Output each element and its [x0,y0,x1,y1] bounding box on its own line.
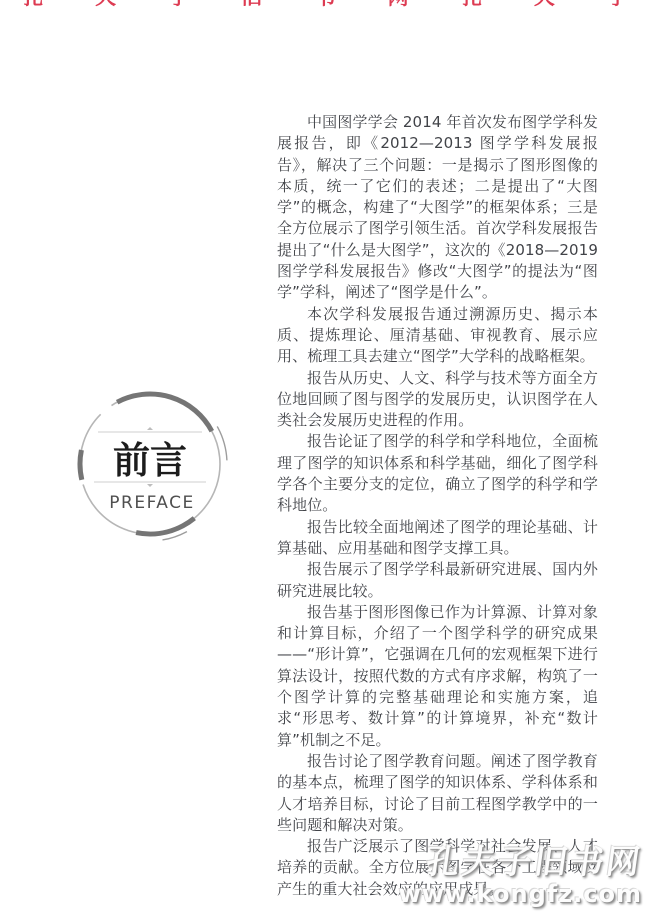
top-watermark-glyph: 书 [315,0,336,8]
top-watermark-row: 孔 夫 子 旧 书 网 孔 夫 子 [0,0,650,8]
site-watermark: 孔夫子旧书网 www.kongfz.com [399,844,642,907]
paragraph-3: 报告从历史、人文、科学与技术等方面全方位地回顾了图与图学的发展历史，认识图学在人… [277,368,598,432]
site-watermark-url: www.kongfz.com [399,881,642,907]
emblem-top-tick [147,427,153,430]
paragraph-2: 本次学科发展报告通过溯源历史、揭示本质、提炼理论、厘清基础、审视教育、展示应用、… [277,304,598,368]
paragraph-8: 报告讨论了图学教育问题。阐述了图学教育的基本点，梳理了图学的知识体系、学科体系和… [277,751,598,836]
paragraph-4: 报告论证了图学的科学和学科地位，全面梳理了图学的知识体系和科学基础，细化了图学科… [277,431,598,516]
emblem-bottom-tick [147,484,153,487]
top-watermark-glyph: 旧 [241,0,262,8]
paragraph-7: 报告基于图形图像已作为计算源、计算对象和计算目标，介绍了一个图学科学的研究成果—… [277,602,598,751]
preface-title: 前言 [113,439,187,482]
top-watermark-glyph: 子 [607,0,628,8]
top-watermark-glyph: 夫 [534,0,555,8]
top-watermark-strip: 孔 夫 子 旧 书 网 孔 夫 子 [0,0,650,11]
top-watermark-glyph: 孔 [22,0,43,8]
site-watermark-name: 孔夫子旧书网 [396,844,645,880]
preface-body-text: 中国图学学会 2014 年首次发布图学学科发展报告，即《2012—2013 图学… [277,112,598,900]
paragraph-1: 中国图学学会 2014 年首次发布图学学科发展报告，即《2012—2013 图学… [277,112,598,304]
paragraph-6: 报告展示了图学学科最新研究进展、国内外研究进展比较。 [277,559,598,602]
preface-subtitle: PREFACE [109,493,194,513]
top-watermark-glyph: 孔 [461,0,482,8]
top-watermark-glyph: 夫 [95,0,116,8]
preface-emblem-graphic: 前言 PREFACE [72,386,228,542]
top-watermark-glyph: 子 [168,0,189,8]
paragraph-5: 报告比较全面地阐述了图学的理论基础、计算基础、应用基础和图学支撑工具。 [277,517,598,560]
preface-emblem: 前言 PREFACE [72,386,228,542]
top-watermark-glyph: 网 [388,0,409,8]
